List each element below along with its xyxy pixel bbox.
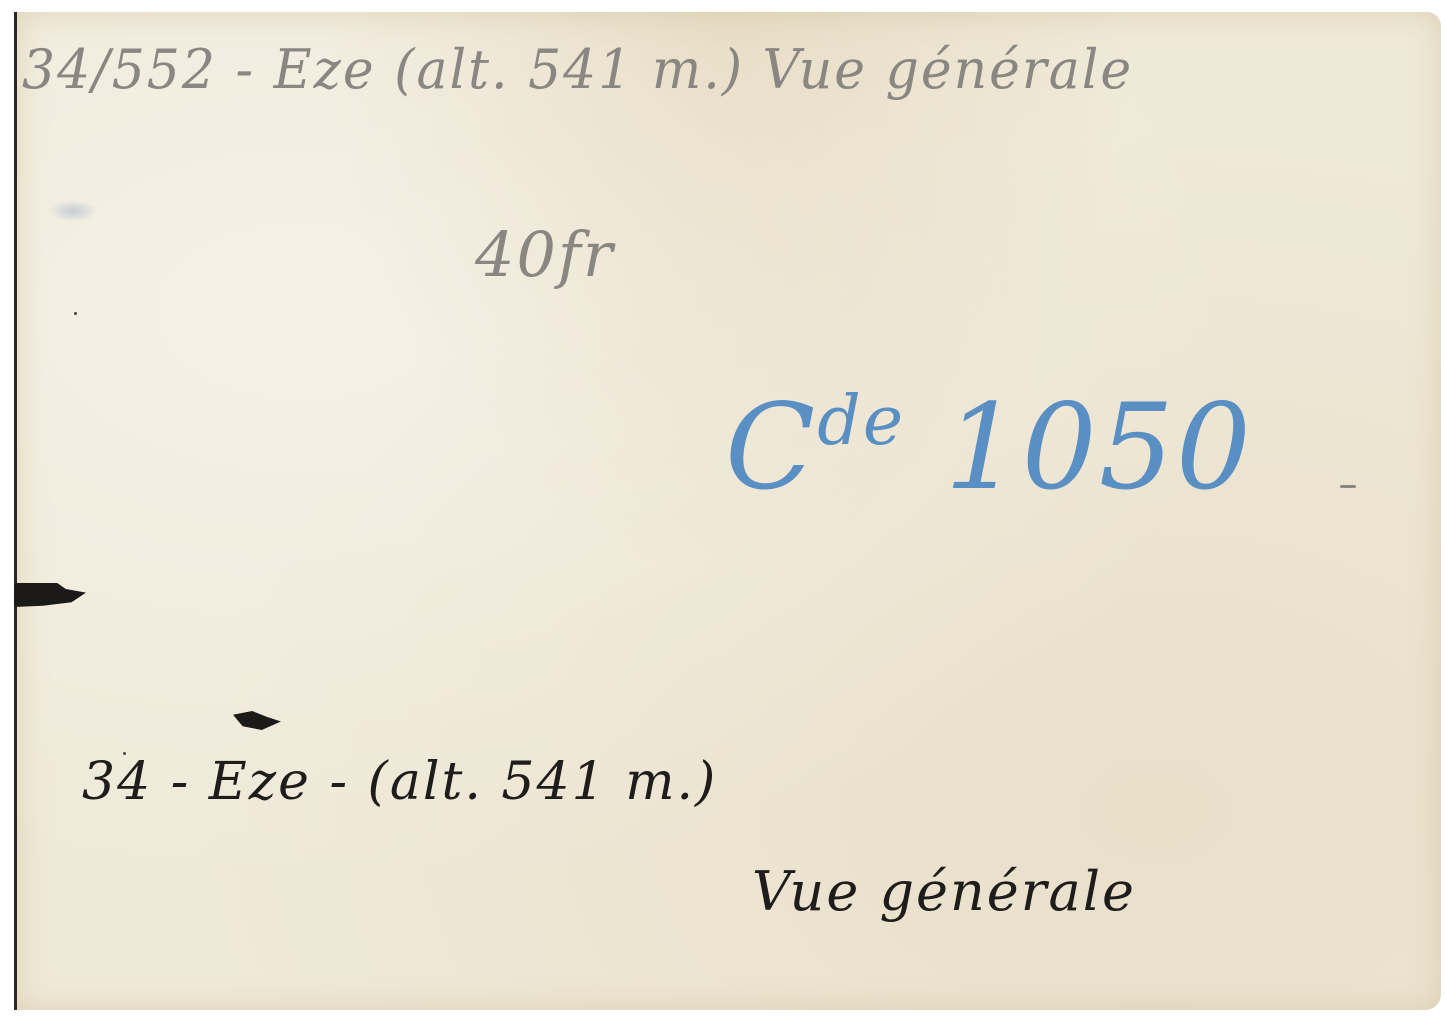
order-number: Cde 1050 [725, 378, 1253, 516]
speck [74, 312, 77, 315]
price-note: 40fr [475, 218, 614, 291]
ink-caption-title: 34 - Eze - (alt. 541 m.) [82, 752, 717, 812]
order-prefix: C [725, 378, 817, 516]
pencil-caption-top: 34/552 - Eze (alt. 541 m.) Vue générale [22, 39, 1133, 102]
order-value: 1050 [945, 378, 1253, 516]
blue-stain [48, 200, 98, 222]
ink-caption-subtitle: Vue générale [752, 860, 1136, 923]
order-superscript: de [817, 382, 905, 461]
speck [1340, 485, 1356, 488]
